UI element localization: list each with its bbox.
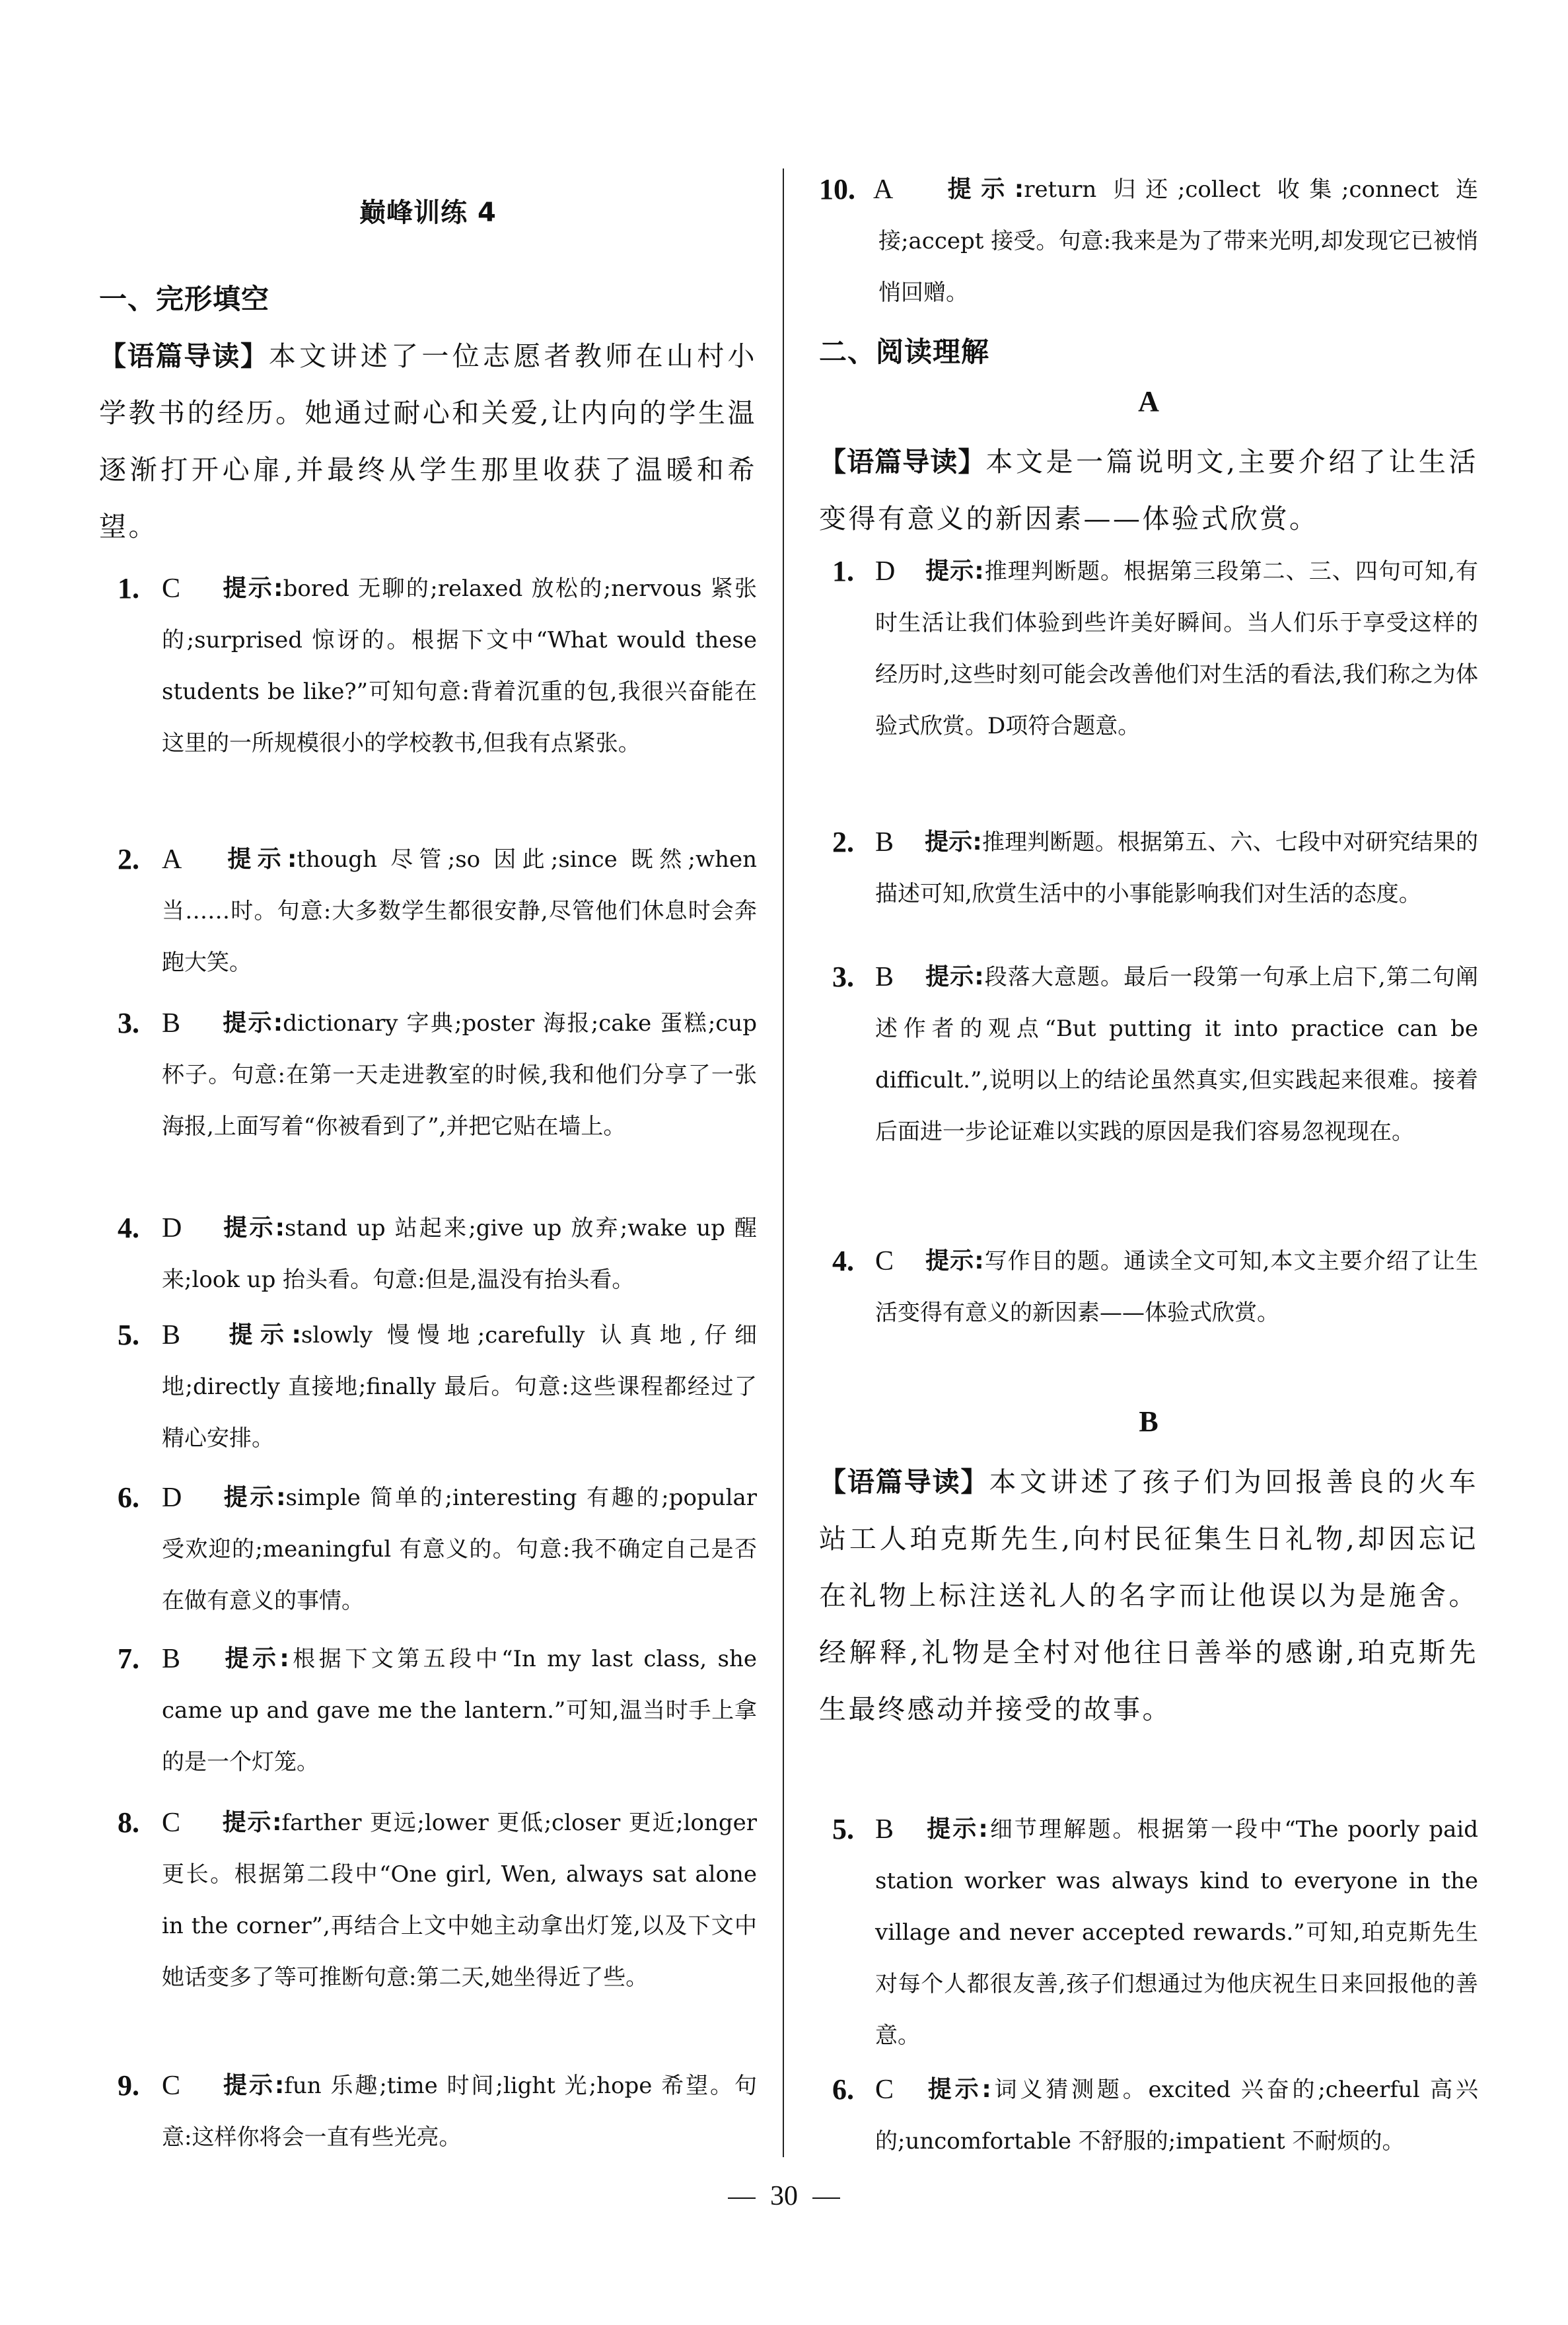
- answer-item-10: 10. A 提示:return 归还;collect 收集;connect 连接…: [819, 164, 1478, 318]
- question-number: 6.: [832, 2064, 854, 2116]
- answer-item-4: 4. D 提示:stand up 站起来;give up 放弃;wake up …: [118, 1202, 757, 1306]
- answer-item-7: 7. B 提示:根据下文第五段中“In my last class, she c…: [118, 1633, 757, 1788]
- answer-item-9: 9. C 提示:fun 乐趣;time 时间;light 光;hope 希望。句…: [118, 2060, 757, 2163]
- passage-guide-cloze: 【语篇导读】本文讲述了一位志愿者教师在山村小学教书的经历。她通过耐心和关爱,让内…: [99, 328, 757, 555]
- hint-label: 提示:: [925, 1247, 984, 1274]
- answer-letter: B: [162, 998, 180, 1049]
- answer-item-1: 1. C 提示:bored 无聊的;relaxed 放松的;nervous 紧张…: [118, 563, 757, 769]
- question-number: 5.: [118, 1310, 139, 1361]
- page-number-value: 30: [770, 2181, 798, 2211]
- answer-letter: C: [875, 2064, 894, 2116]
- reading-a-item-4: 4. C 提示:写作目的题。通读全文可知,本文主要介绍了让生活变得有意义的新因素…: [832, 1236, 1478, 1339]
- page-number: 30: [0, 2180, 1568, 2212]
- answer-letter: B: [875, 1804, 894, 1855]
- question-number: 10.: [819, 164, 855, 215]
- answer-letter: D: [875, 546, 895, 597]
- guide-text: 本文讲述了孩子们为回报善良的火车站工人珀克斯先生,向村民征集生日礼物,却因忘记在…: [819, 1466, 1478, 1725]
- passage-letter-a: A: [819, 385, 1478, 418]
- answer-letter: B: [875, 817, 894, 868]
- question-number: 4.: [118, 1202, 139, 1254]
- answer-item-2: 2. A 提示:though 尽管;so 因此;since 既然;when 当……: [118, 834, 757, 988]
- question-number: 7.: [118, 1633, 139, 1685]
- hint-text: 细节理解题。根据第一段中“The poorly paid station wor…: [875, 1816, 1478, 2049]
- answer-letter: A: [162, 834, 182, 885]
- answer-letter: D: [162, 1472, 182, 1524]
- question-number: 2.: [118, 834, 139, 885]
- question-number: 9.: [118, 2060, 139, 2112]
- hint-text: 推理判断题。根据第三段第二、三、四句可知,有时生活让我们体验到些许美好瞬间。当人…: [875, 558, 1478, 739]
- hint-label: 提示:: [221, 2072, 284, 2099]
- hint-text: farther 更远;lower 更低;closer 更近;longer 更长。…: [162, 1810, 757, 1991]
- reading-a-item-1: 1. D 提示:推理判断题。根据第三段第二、三、四句可知,有时生活让我们体验到些…: [832, 546, 1478, 752]
- hint-label: 提示:: [938, 176, 1024, 203]
- hint-label: 提示:: [221, 1214, 285, 1241]
- answer-item-8: 8. C 提示:farther 更远;lower 更低;closer 更近;lo…: [118, 1797, 757, 2003]
- question-number: 3.: [832, 951, 854, 1003]
- answer-item-3: 3. B 提示:dictionary 字典;poster 海报;cake 蛋糕;…: [118, 998, 757, 1152]
- answer-letter: A: [873, 164, 893, 215]
- answer-letter: C: [875, 1236, 894, 1287]
- guide-label: 【语篇导读】: [819, 1466, 989, 1498]
- hint-label: 提示:: [925, 829, 982, 856]
- question-number: 1.: [118, 563, 139, 614]
- page-number-dash-right: [812, 2197, 840, 2199]
- column-divider: [783, 168, 784, 2157]
- passage-guide-a: 【语篇导读】本文是一篇说明文,主要介绍了让生活变得有意义的新因素——体验式欣赏。: [819, 433, 1478, 547]
- passage-guide-b: 【语篇导读】本文讲述了孩子们为回报善良的火车站工人珀克斯先生,向村民征集生日礼物…: [819, 1454, 1478, 1738]
- guide-label: 【语篇导读】: [819, 446, 985, 478]
- question-number: 1.: [832, 546, 854, 597]
- answer-letter: C: [162, 563, 180, 614]
- hint-label: 提示:: [925, 1816, 988, 1843]
- hint-label: 提示:: [925, 963, 984, 990]
- question-number: 3.: [118, 998, 139, 1049]
- hint-label: 提示:: [221, 846, 297, 873]
- question-number: 2.: [832, 817, 854, 868]
- reading-b-item-5: 5. B 提示:细节理解题。根据第一段中“The poorly paid sta…: [832, 1804, 1478, 2061]
- answer-letter: C: [162, 2060, 180, 2112]
- hint-label: 提示:: [221, 1645, 289, 1672]
- reading-b-item-6: 6. C 提示:词义猜测题。excited 兴奋的;cheerful 高兴的;u…: [832, 2064, 1478, 2167]
- hint-label: 提示:: [221, 1321, 301, 1348]
- hint-label: 提示:: [221, 575, 283, 602]
- section-heading-reading: 二、阅读理解: [819, 330, 989, 370]
- hint-label: 提示:: [221, 1484, 286, 1511]
- answer-letter: C: [162, 1797, 180, 1849]
- answer-letter: B: [162, 1310, 180, 1361]
- hint-text: 段落大意题。最后一段第一句承上启下,第二句阐述作者的观点“But putting…: [875, 964, 1478, 1145]
- hint-label: 提示:: [221, 1010, 283, 1037]
- answer-item-5: 5. B 提示:slowly 慢慢地;carefully 认真地,仔细地;dir…: [118, 1310, 757, 1464]
- answer-letter: B: [162, 1633, 180, 1685]
- reading-a-item-3: 3. B 提示:段落大意题。最后一段第一句承上启下,第二句阐述作者的观点“But…: [832, 951, 1478, 1158]
- section-heading-cloze: 一、完形填空: [99, 277, 269, 317]
- hint-label: 提示:: [925, 2076, 991, 2103]
- reading-a-item-2: 2. B 提示:推理判断题。根据第五、六、七段中对研究结果的描述可知,欣赏生活中…: [832, 817, 1478, 920]
- answer-letter: B: [875, 951, 894, 1003]
- question-number: 6.: [118, 1472, 139, 1524]
- answer-letter: D: [162, 1202, 182, 1254]
- passage-letter-b: B: [819, 1405, 1478, 1438]
- hint-text: bored 无聊的;relaxed 放松的;nervous 紧张的;surpri…: [162, 575, 757, 757]
- question-number: 4.: [832, 1236, 854, 1287]
- hint-label: 提示:: [925, 558, 984, 585]
- page-number-dash-left: [728, 2197, 756, 2199]
- guide-label: 【语篇导读】: [99, 340, 269, 372]
- answer-item-6: 6. D 提示:simple 简单的;interesting 有趣的;popul…: [118, 1472, 757, 1627]
- question-number: 5.: [832, 1804, 854, 1855]
- page-title: 巅峰训练 4: [99, 192, 757, 229]
- hint-label: 提示:: [221, 1809, 281, 1836]
- question-number: 8.: [118, 1797, 139, 1849]
